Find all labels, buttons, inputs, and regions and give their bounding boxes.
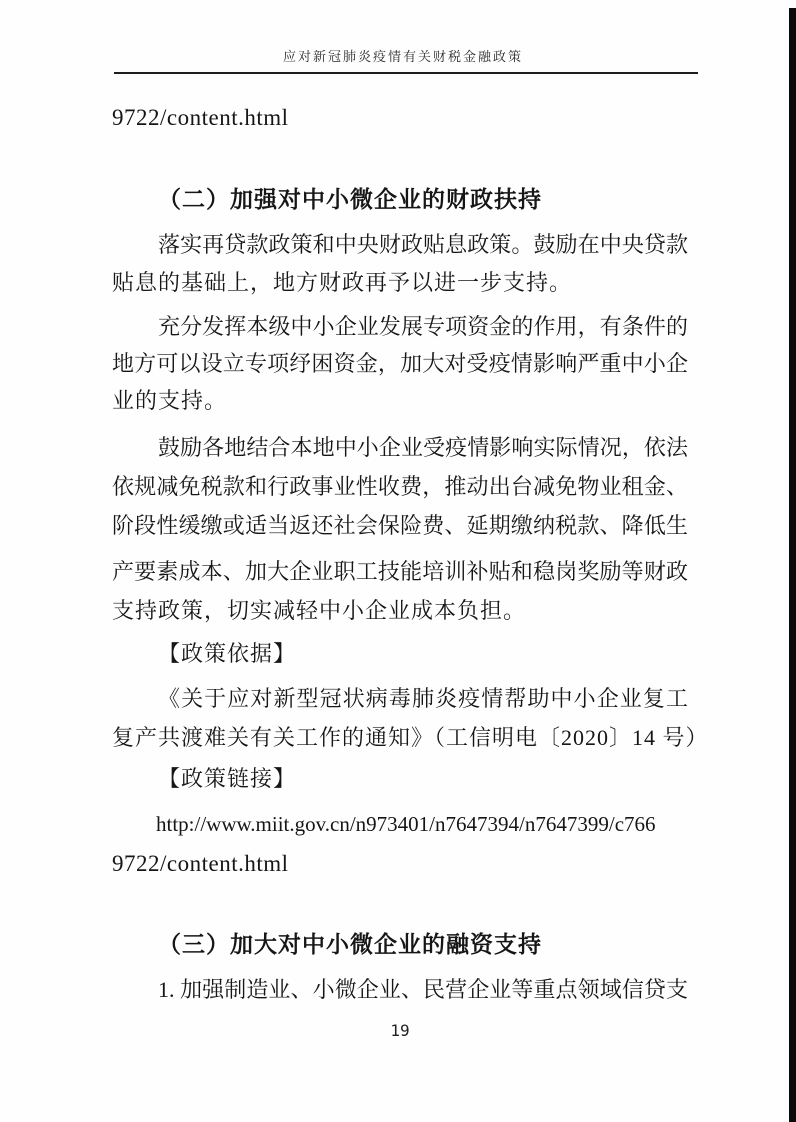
policy-link-label: 【政策链接】 [112,761,688,797]
scan-edge-artifact [789,8,796,1122]
paragraph-line: 支持政策，切实减轻中小企业成本负担。 [112,593,688,629]
paragraph-line: 鼓励各地结合本地中小企业受疫情影响实际情况，依法 [112,430,688,466]
policy-basis-label: 【政策依据】 [112,636,688,672]
page-number: 19 [112,1020,688,1042]
section-heading-2: （二）加强对中小微企业的财政扶持 [112,182,688,218]
paragraph-line: 贴息的基础上，地方财政再予以进一步支持。 [112,265,688,301]
paragraph-line: 1. 加强制造业、小微企业、民营企业等重点领域信贷支 [112,972,688,1008]
policy-url-line: http://www.miit.gov.cn/n973401/n7647394/… [112,806,688,842]
running-header-title: 应对新冠肺炎疫情有关财税金融政策 [112,46,694,68]
policy-citation-line: 《关于应对新型冠状病毒肺炎疫情帮助中小企业复工 [112,681,688,717]
paragraph-line: 落实再贷款政策和中央财政贴息政策。鼓励在中央贷款 [112,227,688,263]
paragraph-line: 阶段性缓缴或适当返还社会保险费、延期缴纳税款、降低生 [112,508,688,544]
scanned-document-page: 应对新冠肺炎疫情有关财税金融政策 9722/content.html （二）加强… [0,0,796,1122]
paragraph-line: 业的支持。 [112,383,688,419]
paragraph-line: 产要素成本、加大企业职工技能培训补贴和稳岗奖励等财政 [112,554,688,590]
policy-citation-line: 复产共渡难关有关工作的通知》（工信明电〔2020〕14 号） [112,720,688,756]
paragraph-line: 依规减免税款和行政事业性收费，推动出台减免物业租金、 [112,469,688,505]
url-continuation-line: 9722/content.html [112,846,688,882]
url-continuation-line: 9722/content.html [112,100,688,136]
paragraph-line: 充分发挥本级中小企业发展专项资金的作用，有条件的 [112,309,688,345]
paragraph-line: 地方可以设立专项纾困资金，加大对受疫情影响严重中小企 [112,346,688,382]
section-heading-3: （三）加大对中小微企业的融资支持 [112,927,688,963]
header-rule [114,72,698,74]
